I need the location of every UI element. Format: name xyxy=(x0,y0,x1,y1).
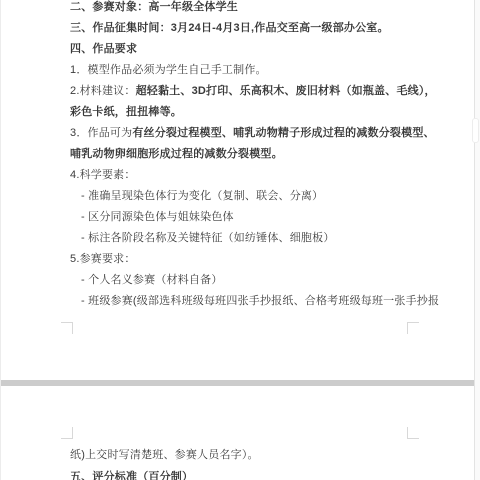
text-line: 4.科学要素： xyxy=(70,165,422,186)
line-bold-part: 有丝分裂过程模型、哺乳动物精子形成过程的减数分裂模型、 xyxy=(132,127,434,139)
page-2-text-block: 纸)上交时写清楚班、参赛人员名字）。 五、评分标准（百分制） xyxy=(70,444,428,480)
text-line: 四、作品要求 xyxy=(70,39,422,60)
text-line: 3．作品可为有丝分裂过程模型、哺乳动物精子形成过程的减数分裂模型、 xyxy=(70,123,422,144)
line-bold-part: 超轻黏土、3D打印、乐高积木、废旧材料（如瓶盖、毛线）， xyxy=(136,85,436,97)
bullet-line: - 标注各阶段名称及关键特征（如纺锤体、细胞板） xyxy=(81,228,422,249)
margin-corner-mark xyxy=(61,322,73,334)
margin-corner-mark xyxy=(61,427,73,439)
text-line: 5.参赛要求： xyxy=(70,249,422,270)
bullet-line: - 准确呈现染色体行为变化（复制、联会、分离） xyxy=(81,186,422,207)
margin-corner-mark xyxy=(407,322,419,334)
bullet-line: - 区分同源染色体与姐妹染色体 xyxy=(81,207,422,228)
page-1-text-block: 二、参赛对象：高一年级全体学生 三、作品征集时间：3月24日-4月3日,作品交至… xyxy=(70,0,422,312)
document-viewer: 二、参赛对象：高一年级全体学生 三、作品征集时间：3月24日-4月3日,作品交至… xyxy=(0,0,480,480)
text-line: 五、评分标准（百分制） xyxy=(70,466,428,480)
text-line: 1．模型作品必须为学生自己手工制作。 xyxy=(70,60,422,81)
text-line: 哺乳动物卵细胞形成过程的减数分裂模型。 xyxy=(70,144,422,165)
margin-corner-mark xyxy=(407,427,419,439)
text-line: 三、作品征集时间：3月24日-4月3日,作品交至高一级部办公室。 xyxy=(70,18,422,39)
text-line: 二、参赛对象：高一年级全体学生 xyxy=(70,0,422,18)
bullet-line: - 班级参赛(级部选科班级每班四张手抄报纸、合格考班级每班一张手抄报 xyxy=(81,291,422,312)
scrollbar-track[interactable] xyxy=(474,0,475,480)
page-left-edge xyxy=(0,0,1,480)
bullet-line: - 个人名义参赛（材料自备） xyxy=(81,270,422,291)
text-line: 彩色卡纸，扭扭棒等。 xyxy=(70,102,422,123)
line-prefix: 2.材料建议： xyxy=(70,85,136,97)
scrollbar-thumb[interactable] xyxy=(472,118,479,143)
line-prefix: 3．作品可为 xyxy=(70,127,132,139)
text-line: 纸)上交时写清楚班、参赛人员名字）。 xyxy=(70,444,428,466)
document-page-1: 二、参赛对象：高一年级全体学生 三、作品征集时间：3月24日-4月3日,作品交至… xyxy=(0,0,474,380)
text-line: 2.材料建议：超轻黏土、3D打印、乐高积木、废旧材料（如瓶盖、毛线）， xyxy=(70,81,422,102)
scrollbar-gutter xyxy=(475,0,480,480)
